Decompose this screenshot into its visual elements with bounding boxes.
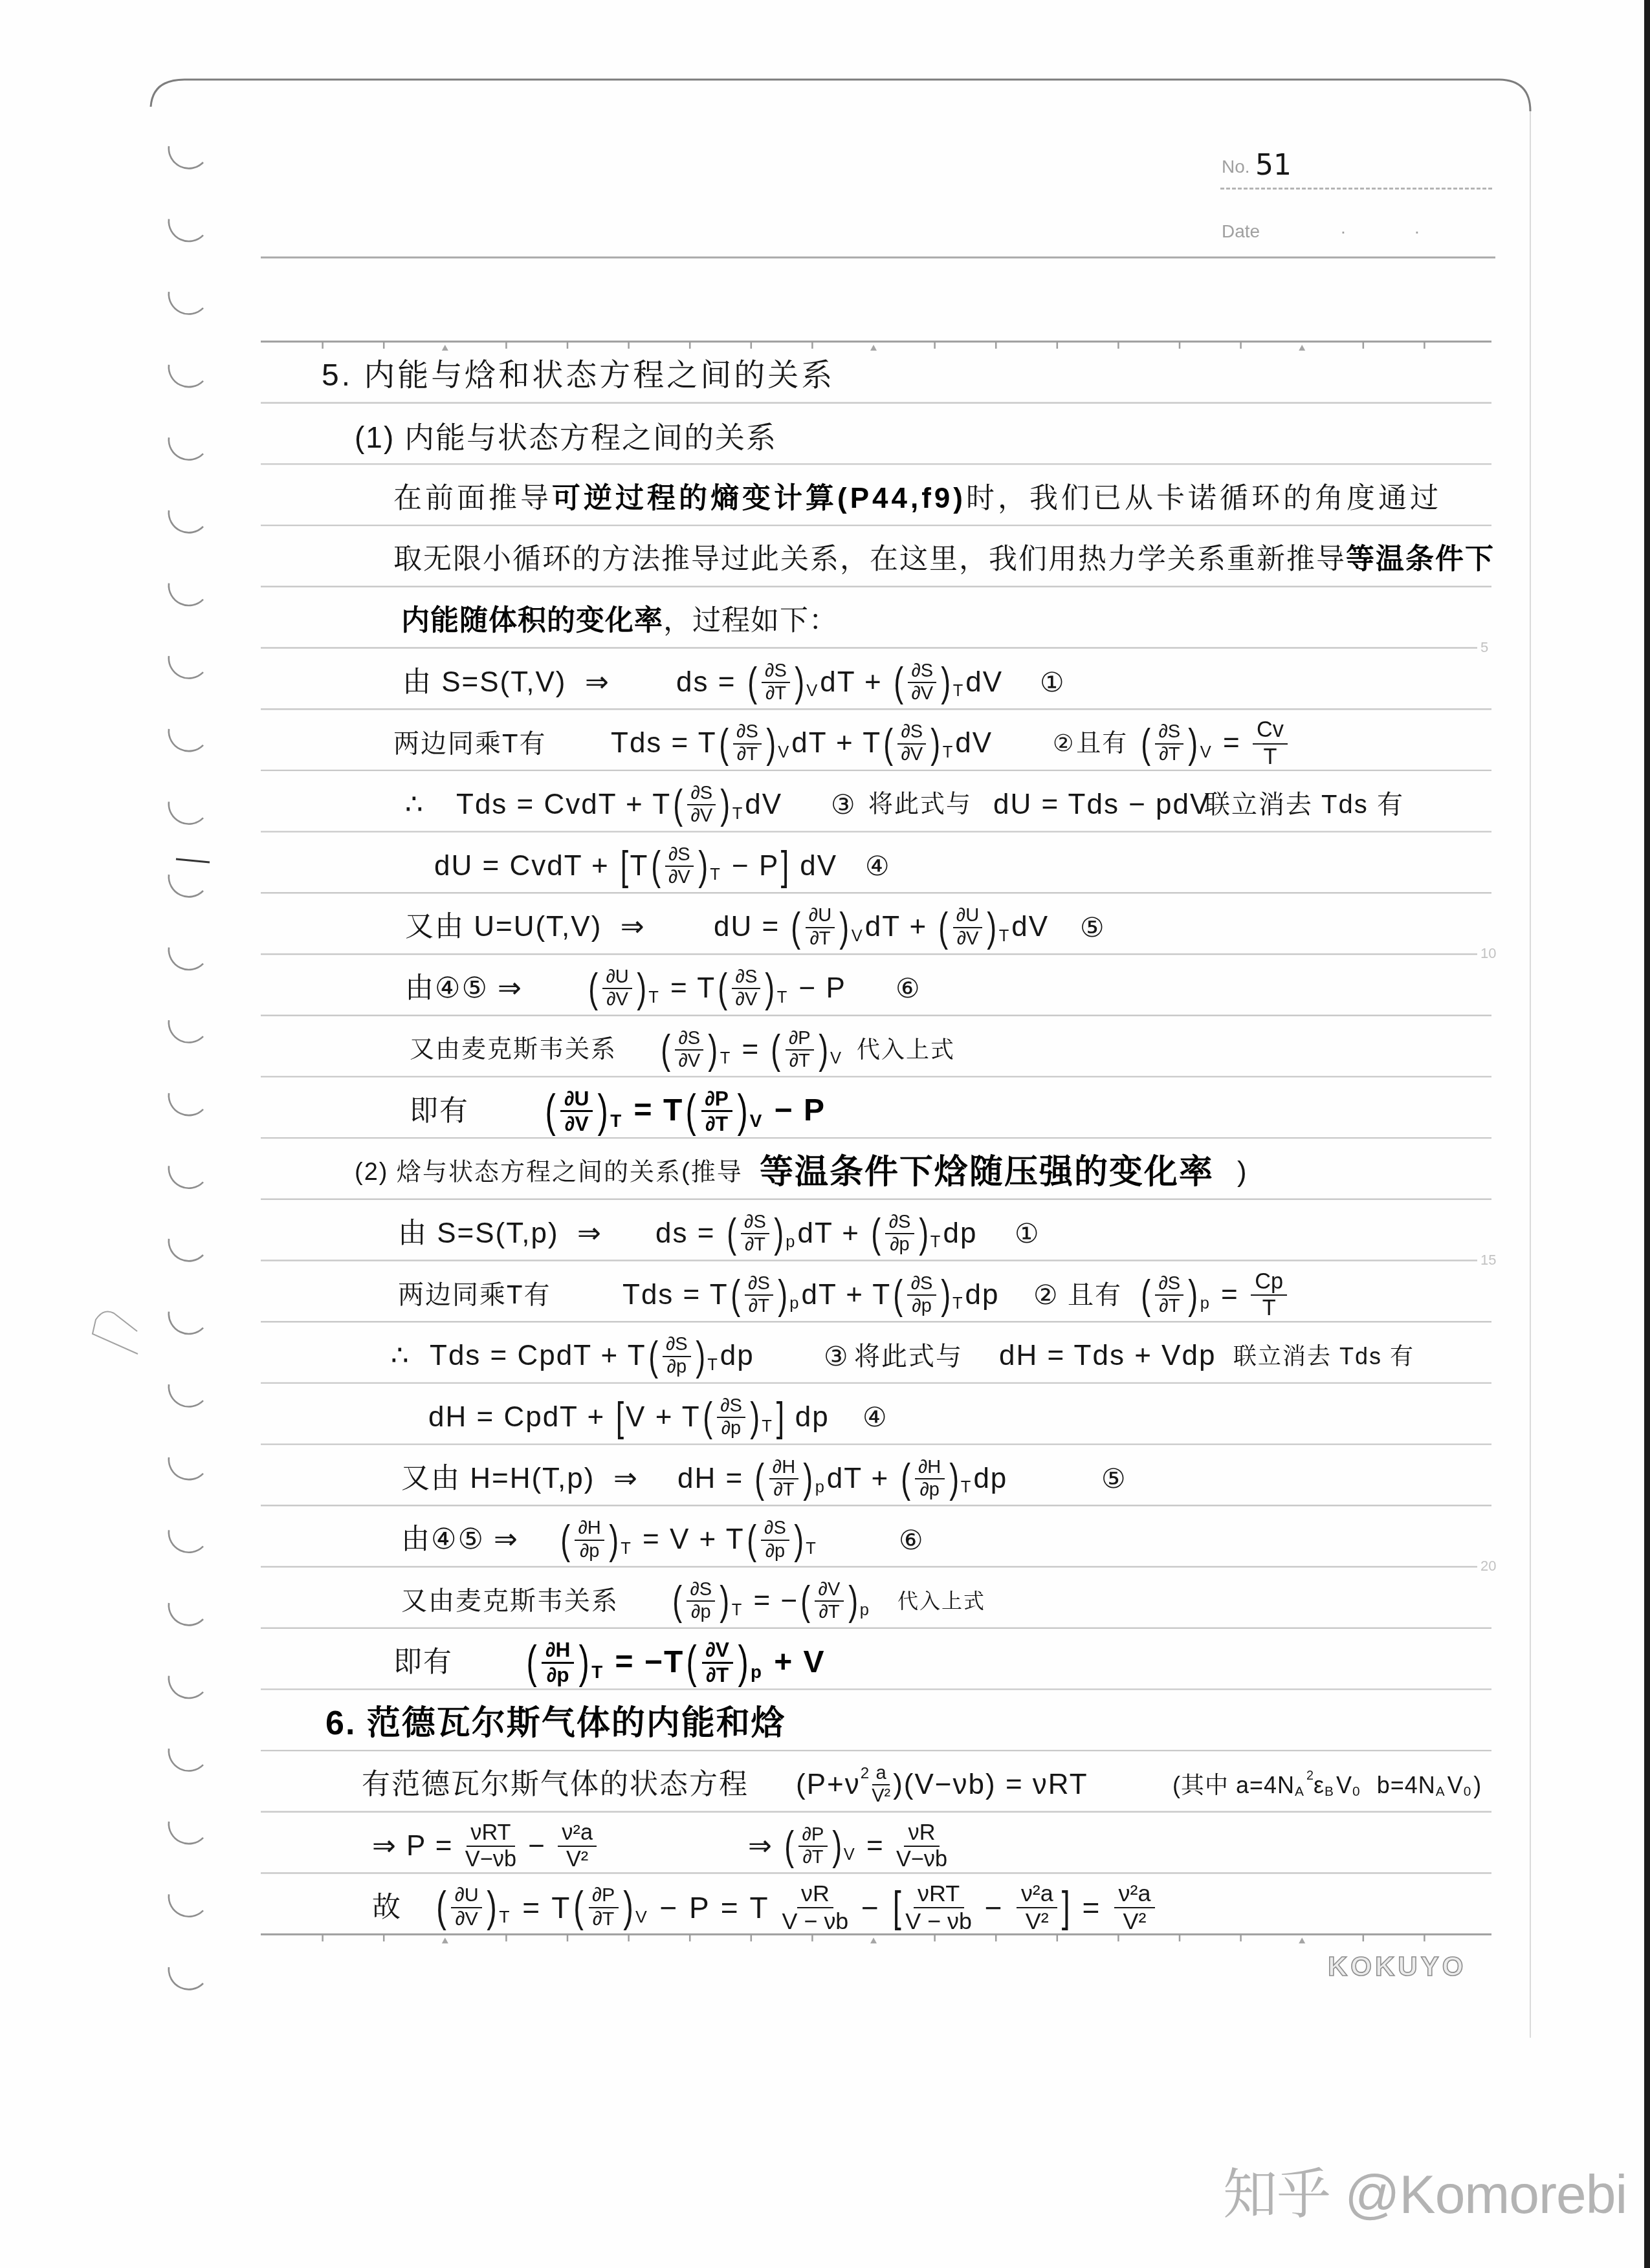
line-segment: dH = (∂H∂T)pdT + (∂H∂p)Tdp bbox=[677, 1445, 1007, 1506]
fraction-numerator: ν²a bbox=[1114, 1881, 1155, 1908]
note-line: 6. 范德瓦尔斯气体的内能和焓 bbox=[0, 1689, 1650, 1750]
handwritten-text: dH = bbox=[677, 1463, 753, 1494]
line-segment: ) bbox=[1237, 1138, 1248, 1199]
fraction-numerator: ∂S bbox=[663, 1335, 691, 1357]
fraction: ∂S∂V bbox=[665, 845, 694, 888]
fraction-denominator: ∂T bbox=[1159, 1296, 1180, 1316]
note-line: 两边同乘T有Tds = T(∂S∂T)VdT + T(∂S∂V)TdV②且有(∂… bbox=[0, 709, 1650, 770]
subscript: T bbox=[707, 1357, 718, 1374]
fraction-denominator: ∂p bbox=[667, 1357, 687, 1378]
bracket: ) bbox=[609, 1520, 619, 1561]
bracket: ( bbox=[727, 1213, 736, 1254]
superscript: 2 bbox=[1306, 1770, 1314, 1783]
fraction-numerator: Cv bbox=[1253, 718, 1288, 744]
line-segment: (1) 内能与状态方程之间的关系 bbox=[355, 403, 777, 464]
fraction-denominator: ∂V bbox=[456, 1908, 478, 1930]
subscript: A bbox=[1295, 1785, 1304, 1799]
handwritten-text: = T bbox=[661, 973, 716, 1004]
subscript: 0 bbox=[1352, 1785, 1360, 1799]
equation-number: ③ bbox=[831, 791, 856, 818]
handwritten-text: = bbox=[732, 1034, 769, 1065]
fraction: ∂H∂p bbox=[915, 1457, 945, 1500]
handwritten-text: 故 bbox=[372, 1892, 402, 1923]
subscript: T bbox=[806, 1541, 816, 1558]
subscript: T bbox=[499, 1908, 509, 1926]
fraction-numerator: νR bbox=[904, 1821, 939, 1847]
line-segment: ⑥ bbox=[897, 1505, 925, 1567]
equation-number: ⑤ bbox=[1080, 914, 1105, 941]
subscript: p bbox=[786, 1234, 795, 1251]
handwritten-text: − P bbox=[789, 973, 846, 1004]
handwritten-text: ⇒ P = bbox=[372, 1831, 463, 1862]
fraction: ∂H∂T bbox=[769, 1457, 799, 1500]
fraction-denominator: ∂T bbox=[593, 1908, 615, 1930]
fraction: νRTV − νb bbox=[905, 1881, 972, 1934]
equation-number: ① bbox=[1015, 1220, 1040, 1247]
line-segment: (∂U∂V)T = T(∂S∂V)T − P bbox=[586, 954, 846, 1016]
handwritten-text: 由 S=S(T,V) ⇒ bbox=[402, 667, 610, 698]
line-segment: 在前面推导可逆过程的熵变计算(P44,f9)时，我们已从卡诺循环的角度通过 bbox=[393, 464, 1442, 525]
handwritten-text: V + T bbox=[626, 1402, 701, 1433]
line-segment: ③ bbox=[822, 1322, 850, 1383]
note-line: 取无限小循环的方法推导过此关系，在这里，我们用热力学关系重新推导等温条件下 bbox=[0, 525, 1650, 587]
fraction-numerator: ∂P bbox=[786, 1029, 814, 1051]
handwritten-text: = − bbox=[744, 1586, 798, 1617]
fraction-denominator: ∂V bbox=[606, 989, 628, 1010]
handwritten-text: (1) 内能与状态方程之间的关系 bbox=[355, 421, 777, 454]
fraction-numerator: ∂H bbox=[575, 1518, 604, 1540]
fraction-numerator: ∂P bbox=[798, 1825, 827, 1847]
equation-number: ⑥ bbox=[896, 975, 921, 1002]
note-line: ∴Tds = CvdT + T(∂S∂V)TdV③将此式与dU = Tds − … bbox=[0, 770, 1650, 832]
line-segment: 联立消去 Tds 有 bbox=[1233, 1322, 1414, 1383]
fraction-numerator: ∂S bbox=[733, 722, 762, 744]
fraction-denominator: V² bbox=[566, 1847, 588, 1871]
equation-number: ⑥ bbox=[899, 1527, 924, 1554]
fraction-numerator: νRT bbox=[914, 1881, 964, 1908]
subscript: V bbox=[778, 745, 789, 761]
fraction-denominator: ∂V bbox=[901, 745, 923, 765]
handwritten-text: = T bbox=[512, 1892, 572, 1925]
fraction-denominator: ∂V bbox=[691, 805, 713, 826]
fraction-denominator: ∂T bbox=[765, 683, 786, 704]
handwritten-text: dp bbox=[720, 1340, 754, 1371]
line-segment: (∂H∂p)T = V + T(∂S∂p)T bbox=[558, 1505, 819, 1567]
handwritten-text: 又由麦克斯韦关系 bbox=[401, 1587, 619, 1615]
superscript: 2 bbox=[861, 1766, 869, 1782]
fraction-numerator: ∂U bbox=[806, 906, 835, 928]
bracket: ) bbox=[794, 1520, 804, 1561]
bracket: [ bbox=[616, 1397, 624, 1438]
bracket: ) bbox=[840, 907, 850, 948]
handwritten-text: = −T bbox=[605, 1646, 684, 1680]
equation-number: ② bbox=[1053, 732, 1075, 755]
handwritten-text: dT + bbox=[865, 911, 937, 943]
bracket: ( bbox=[871, 1213, 881, 1254]
bracket: ) bbox=[637, 968, 646, 1009]
fraction-numerator: ∂S bbox=[908, 661, 936, 683]
bracket: ( bbox=[574, 1886, 584, 1929]
subscript: T bbox=[710, 867, 720, 884]
fraction: ∂V∂T bbox=[815, 1580, 843, 1622]
line-segment: (∂H∂p)T = −T(∂V∂T)p + V bbox=[524, 1628, 826, 1690]
fraction-numerator: ν²a bbox=[558, 1821, 597, 1847]
equation-number: ③ bbox=[824, 1343, 849, 1370]
fraction-denominator: ∂p bbox=[547, 1664, 569, 1686]
fraction-denominator: ∂T bbox=[745, 1234, 765, 1255]
note-line: 故(∂U∂V)T = T(∂P∂T)V − P = T νRV − νb − [… bbox=[0, 1873, 1650, 1935]
line-segment: ⑥ bbox=[894, 954, 922, 1016]
handwritten-text: 6. 范德瓦尔斯气体的内能和焓 bbox=[325, 1705, 786, 1742]
bracket: ( bbox=[651, 845, 661, 887]
fraction-denominator: V−νb bbox=[465, 1847, 516, 1871]
fraction: ∂S∂p bbox=[885, 1212, 914, 1255]
fraction-denominator: ∂p bbox=[691, 1602, 711, 1622]
bracket: ) bbox=[1189, 723, 1198, 765]
subscript: p bbox=[860, 1602, 869, 1619]
fraction: νRV−νb bbox=[896, 1821, 947, 1871]
handwritten-text: ) bbox=[1237, 1157, 1248, 1188]
handwritten-text: )(V−νb) = νRT bbox=[893, 1769, 1088, 1800]
line-segment: ② bbox=[1032, 1261, 1060, 1322]
bracket: ) bbox=[721, 784, 731, 825]
fraction-numerator: ∂S bbox=[717, 1396, 745, 1418]
line-segment: ⇒ (∂P∂T)V = νRV−νb bbox=[748, 1812, 950, 1873]
handwritten-text: 即有 bbox=[410, 1096, 469, 1127]
bracket: ) bbox=[623, 1886, 633, 1929]
handwritten-text: = bbox=[857, 1831, 894, 1862]
line-segment: 5. 内能与焓和状态方程之间的关系 bbox=[322, 342, 835, 403]
note-line: 由 S=S(T,p) ⇒ds = (∂S∂T)pdT + (∂S∂p)Tdp① bbox=[0, 1199, 1650, 1261]
fraction: ∂U∂V bbox=[560, 1087, 593, 1135]
line-segment: Tds = CpdT + T(∂S∂p)Tdp bbox=[430, 1322, 754, 1383]
line-segment: 等温条件下焓随压强的变化率 bbox=[760, 1138, 1214, 1199]
bracket: ) bbox=[941, 662, 951, 703]
bracket: ) bbox=[709, 1029, 718, 1071]
fraction-numerator: Cp bbox=[1251, 1270, 1287, 1296]
fraction: CvT bbox=[1253, 718, 1288, 769]
fraction-numerator: ∂U bbox=[602, 967, 632, 989]
handwritten-text: 时，我们已从卡诺循环的角度通过 bbox=[966, 483, 1442, 514]
fraction: ∂S∂T bbox=[733, 722, 762, 765]
bracket: ) bbox=[931, 723, 941, 765]
bracket: ) bbox=[579, 1640, 589, 1685]
handwritten-text: − bbox=[974, 1892, 1014, 1925]
fraction: ∂S∂V bbox=[732, 967, 760, 1010]
note-line: (2) 焓与状态方程之间的关系(推导等温条件下焓随压强的变化率) bbox=[0, 1138, 1650, 1199]
bracket: ( bbox=[672, 1580, 682, 1622]
fraction-denominator: ∂p bbox=[765, 1541, 786, 1562]
line-segment: 由 S=S(T,p) ⇒ bbox=[398, 1199, 602, 1261]
bracket: ) bbox=[778, 1274, 787, 1316]
note-line: 由④⑤ ⇒(∂H∂p)T = V + T(∂S∂p)T⑥ bbox=[0, 1505, 1650, 1567]
fraction-denominator: ∂T bbox=[819, 1602, 839, 1622]
bracket: ( bbox=[747, 1520, 756, 1561]
fraction: ∂S∂T bbox=[762, 661, 790, 704]
line-segment: ∴ bbox=[391, 1322, 410, 1383]
handwritten-text: 等温条件下焓随压强的变化率 bbox=[760, 1154, 1214, 1191]
fraction: ∂U∂T bbox=[806, 906, 835, 948]
handwritten-text: 在前面推导 bbox=[393, 483, 552, 514]
handwritten-text: dV bbox=[955, 728, 993, 759]
fraction-numerator: ∂S bbox=[741, 1212, 769, 1234]
bracket: ( bbox=[893, 1274, 903, 1316]
handwritten-text: 将此式与 bbox=[868, 791, 972, 818]
fraction: ν²aV² bbox=[1114, 1881, 1155, 1934]
handwritten-text: dp bbox=[973, 1463, 1007, 1494]
fraction-numerator: ∂H bbox=[542, 1639, 574, 1663]
fraction-denominator: V² bbox=[1123, 1908, 1147, 1934]
line-segment: ∴ bbox=[405, 770, 424, 832]
line-segment: ④ bbox=[861, 1383, 889, 1445]
fraction: νRV − νb bbox=[782, 1881, 849, 1934]
line-segment: 有范德瓦尔斯气体的状态方程 bbox=[362, 1750, 749, 1812]
fraction-denominator: ∂T bbox=[737, 745, 758, 765]
fraction: ν²aV² bbox=[558, 1821, 597, 1871]
fraction-numerator: ∂S bbox=[761, 1518, 789, 1540]
line-segment: (∂S∂V)T = (∂P∂T)V bbox=[659, 1016, 844, 1077]
handwritten-text: dT + T bbox=[791, 728, 881, 759]
bracket: ) bbox=[698, 845, 708, 887]
fraction-numerator: ∂S bbox=[675, 1029, 703, 1051]
subscript: T bbox=[762, 1419, 772, 1435]
line-segment: ① bbox=[1039, 648, 1066, 710]
handwritten-text: 即有 bbox=[393, 1647, 453, 1678]
handwritten-text: ⇒ bbox=[748, 1831, 782, 1862]
fraction-numerator: νR bbox=[797, 1881, 834, 1908]
bracket: ) bbox=[766, 723, 776, 765]
handwritten-text: (2) 焓与状态方程之间的关系(推导 bbox=[355, 1159, 743, 1186]
handwritten-text: = T bbox=[624, 1094, 683, 1128]
handwritten-text: 代入上式 bbox=[897, 1590, 985, 1613]
fraction-numerator: ∂S bbox=[1155, 1274, 1183, 1296]
fraction-numerator: ∂S bbox=[665, 845, 694, 867]
bracket: ) bbox=[487, 1886, 497, 1929]
fraction: ∂P∂T bbox=[798, 1825, 827, 1868]
fraction-numerator: ∂S bbox=[762, 661, 790, 683]
handwritten-text: b=4N bbox=[1363, 1772, 1436, 1798]
fraction-denominator: V² bbox=[872, 1785, 890, 1806]
fraction: ∂P∂T bbox=[589, 1885, 619, 1930]
fraction-denominator: ∂T bbox=[706, 1664, 729, 1686]
subscript: T bbox=[720, 1051, 731, 1067]
fraction-denominator: ∂V bbox=[565, 1112, 589, 1135]
zhihu-watermark: 知乎 @Komorebi bbox=[1223, 2167, 1627, 2221]
fraction: ∂S∂p bbox=[717, 1396, 745, 1439]
handwritten-text: 两边同乘T有 bbox=[398, 1281, 551, 1309]
fraction-numerator: ∂S bbox=[732, 967, 760, 989]
bracket: ( bbox=[661, 1029, 670, 1071]
fraction: ∂U∂V bbox=[451, 1885, 482, 1930]
bracket: ( bbox=[784, 1826, 794, 1867]
subscript: p bbox=[789, 1296, 798, 1313]
line-segment: ds = (∂S∂T)VdT + (∂S∂V)TdV bbox=[676, 648, 1003, 710]
note-line: 由④⑤ ⇒(∂U∂V)T = T(∂S∂V)T − P⑥ bbox=[0, 954, 1650, 1016]
fraction: aV² bbox=[872, 1763, 890, 1806]
bracket: ( bbox=[800, 1580, 810, 1622]
handwritten-text: 且有 bbox=[1068, 1281, 1122, 1309]
fraction: ∂P∂T bbox=[701, 1087, 732, 1135]
handwritten-text: Tds = CpdT + T bbox=[430, 1340, 646, 1371]
fraction: ∂S∂T bbox=[1155, 1274, 1183, 1316]
note-line: 在前面推导可逆过程的熵变计算(P44,f9)时，我们已从卡诺循环的角度通过 bbox=[0, 464, 1650, 525]
handwritten-text: dV bbox=[965, 667, 1003, 698]
handwritten-text: ∴ bbox=[391, 1340, 410, 1371]
line-segment: 由④⑤ ⇒ bbox=[401, 1505, 519, 1567]
fraction: ∂S∂V bbox=[897, 722, 926, 765]
fraction-numerator: ∂U bbox=[560, 1087, 593, 1112]
subscript: T bbox=[732, 1602, 742, 1619]
line-segment: Tds = T(∂S∂T)pdT + T(∂S∂p)Tdp bbox=[622, 1261, 999, 1322]
bracket: ( bbox=[755, 1458, 765, 1499]
bracket: ) bbox=[919, 1213, 929, 1254]
note-line: dU = CvdT + [T(∂S∂V)T − P] dV④ bbox=[0, 832, 1650, 893]
subscript: V bbox=[635, 1908, 647, 1926]
handwritten-text: 又由麦克斯韦关系 bbox=[410, 1036, 617, 1063]
subscript: V bbox=[750, 1112, 762, 1130]
fraction: ∂S∂p bbox=[761, 1518, 789, 1561]
fraction-denominator: ∂T bbox=[773, 1479, 794, 1500]
handwritten-text: Tds = CvdT + T bbox=[456, 789, 671, 820]
line-segment: 代入上式 bbox=[857, 1016, 955, 1077]
handwritten-text: 代入上式 bbox=[857, 1037, 955, 1063]
subscript: T bbox=[591, 1663, 602, 1681]
line-segment: 由④⑤ ⇒ bbox=[405, 954, 523, 1016]
fraction-numerator: a bbox=[872, 1763, 890, 1785]
fraction-numerator: ∂S bbox=[897, 722, 926, 744]
subscript: V bbox=[806, 683, 817, 700]
line-segment: (2) 焓与状态方程之间的关系(推导 bbox=[355, 1138, 743, 1199]
handwritten-text: 联立消去 Tds 有 bbox=[1204, 791, 1404, 819]
bracket: ) bbox=[765, 968, 775, 1009]
line-segment: dH = CpdT + [V + T(∂S∂p)T] dp bbox=[428, 1383, 830, 1445]
handwritten-text: 又由 H=H(T,p) ⇒ bbox=[401, 1463, 639, 1494]
bracket: ] bbox=[776, 1397, 784, 1438]
equation-number: ① bbox=[1040, 669, 1065, 696]
fraction: ∂U∂V bbox=[602, 967, 632, 1010]
line-segment: ① bbox=[1013, 1199, 1041, 1261]
subscript: T bbox=[930, 1234, 941, 1251]
note-line: 又由 H=H(T,p) ⇒dH = (∂H∂T)pdT + (∂H∂p)Tdp⑤ bbox=[0, 1445, 1650, 1506]
handwritten-text: dp bbox=[965, 1280, 999, 1311]
bracket: ) bbox=[750, 1397, 760, 1438]
line-segment: ⑤ bbox=[1100, 1445, 1128, 1506]
subscript: V bbox=[852, 928, 863, 945]
handwritten-text: (P+ν bbox=[796, 1769, 861, 1800]
fraction-numerator: ∂H bbox=[769, 1457, 799, 1479]
handwritten-text: − bbox=[519, 1831, 555, 1862]
bracket: ) bbox=[987, 907, 997, 948]
handwritten-text: ds = bbox=[655, 1218, 725, 1249]
fraction-denominator: ∂V bbox=[911, 683, 933, 704]
bracket: ( bbox=[731, 1274, 740, 1316]
bracket: ( bbox=[560, 1520, 570, 1561]
line-segment: (∂S∂p)T = −(∂V∂T)p bbox=[670, 1567, 872, 1628]
note-line: 即有(∂H∂p)T = −T(∂V∂T)p + V bbox=[0, 1628, 1650, 1690]
fraction-numerator: ∂V bbox=[702, 1639, 733, 1663]
bracket: ) bbox=[941, 1274, 951, 1316]
handwritten-text: Tds = T bbox=[622, 1280, 729, 1311]
fraction-denominator: ∂T bbox=[1159, 745, 1180, 765]
note-line: 内能随体积的变化率，过程如下： bbox=[0, 587, 1650, 648]
line-number-marker: 15 bbox=[1480, 1253, 1496, 1267]
fraction-numerator: ∂S bbox=[687, 783, 716, 805]
bracket: ) bbox=[738, 1640, 748, 1685]
fraction: CpT bbox=[1251, 1270, 1287, 1320]
bracket: ) bbox=[949, 1458, 959, 1499]
bracket: ) bbox=[819, 1029, 828, 1071]
bracket: ] bbox=[1062, 1886, 1070, 1929]
handwritten-text: ε bbox=[1314, 1772, 1325, 1798]
subscript: T bbox=[943, 745, 953, 761]
bracket: ( bbox=[687, 1640, 697, 1685]
line-segment: 联立消去 Tds 有 bbox=[1204, 770, 1404, 832]
fraction-numerator: ∂S bbox=[745, 1274, 773, 1296]
bracket: ( bbox=[686, 1089, 696, 1134]
fraction: ∂H∂p bbox=[542, 1639, 574, 1686]
line-segment: 又由麦克斯韦关系 bbox=[401, 1567, 619, 1628]
handwritten-text: V bbox=[1447, 1772, 1464, 1798]
note-body: 5. 内能与焓和状态方程之间的关系(1) 内能与状态方程之间的关系在前面推导可逆… bbox=[0, 0, 1650, 2268]
handwritten-text: (其中 a=4N bbox=[1172, 1772, 1295, 1798]
bracket: ) bbox=[598, 1089, 608, 1134]
handwritten-text: 5. 内能与焓和状态方程之间的关系 bbox=[322, 359, 835, 393]
bracket: ) bbox=[774, 1213, 784, 1254]
bracket: ] bbox=[781, 845, 789, 887]
handwritten-text: T bbox=[630, 851, 649, 882]
handwritten-text: dU = bbox=[714, 911, 789, 943]
bracket: ( bbox=[673, 784, 683, 825]
line-segment: ②且有 bbox=[1051, 709, 1128, 770]
note-line: 两边同乘T有Tds = T(∂S∂T)pdT + T(∂S∂p)Tdp②且有(∂… bbox=[0, 1261, 1650, 1322]
bracket: [ bbox=[621, 845, 628, 887]
equation-number: ② bbox=[1033, 1281, 1059, 1309]
line-segment: 代入上式 bbox=[897, 1567, 985, 1628]
line-segment: 将此式与 bbox=[854, 1322, 963, 1383]
fraction-denominator: ∂p bbox=[919, 1479, 940, 1500]
handwritten-text: − P bbox=[764, 1094, 826, 1128]
subscript: p bbox=[815, 1479, 824, 1496]
line-segment: ④ bbox=[864, 832, 892, 893]
fraction-denominator: ∂T bbox=[802, 1847, 823, 1868]
handwritten-text: dT + bbox=[820, 667, 892, 698]
line-segment: dU = Tds − pdV bbox=[993, 770, 1210, 832]
fraction: ∂S∂p bbox=[663, 1335, 691, 1377]
handwritten-text: 两边同乘T有 bbox=[393, 730, 546, 758]
line-segment: 两边同乘T有 bbox=[398, 1261, 551, 1322]
handwritten-text: = V + T bbox=[633, 1524, 745, 1555]
fraction: ∂S∂V bbox=[687, 783, 716, 826]
handwritten-text: dH = Tds + Vdp bbox=[999, 1340, 1216, 1371]
fraction-denominator: ∂T bbox=[705, 1112, 728, 1135]
fraction-denominator: ∂V bbox=[678, 1051, 700, 1071]
handwritten-text: 由 S=S(T,p) ⇒ bbox=[398, 1218, 602, 1249]
handwritten-text: ∴ bbox=[405, 789, 424, 820]
bracket: ) bbox=[848, 1580, 858, 1622]
line-segment: 由 S=S(T,V) ⇒ bbox=[402, 648, 610, 710]
fraction: ∂P∂T bbox=[786, 1029, 814, 1071]
fraction-numerator: ∂P bbox=[589, 1885, 619, 1908]
fraction-denominator: ∂T bbox=[789, 1051, 810, 1071]
note-line: ∴Tds = CpdT + T(∂S∂p)Tdp③将此式与dH = Tds + … bbox=[0, 1322, 1650, 1383]
fraction-numerator: ∂S bbox=[687, 1580, 715, 1602]
line-segment: 内能随体积的变化率，过程如下： bbox=[401, 587, 838, 648]
fraction-denominator: V − νb bbox=[905, 1908, 972, 1934]
line-segment: Tds = CvdT + T(∂S∂V)TdV bbox=[456, 770, 782, 832]
line-segment: 且有 bbox=[1068, 1261, 1122, 1322]
fraction-numerator: νRT bbox=[467, 1821, 515, 1847]
line-segment: (∂U∂V)T = T(∂P∂T)V − P bbox=[543, 1076, 826, 1138]
